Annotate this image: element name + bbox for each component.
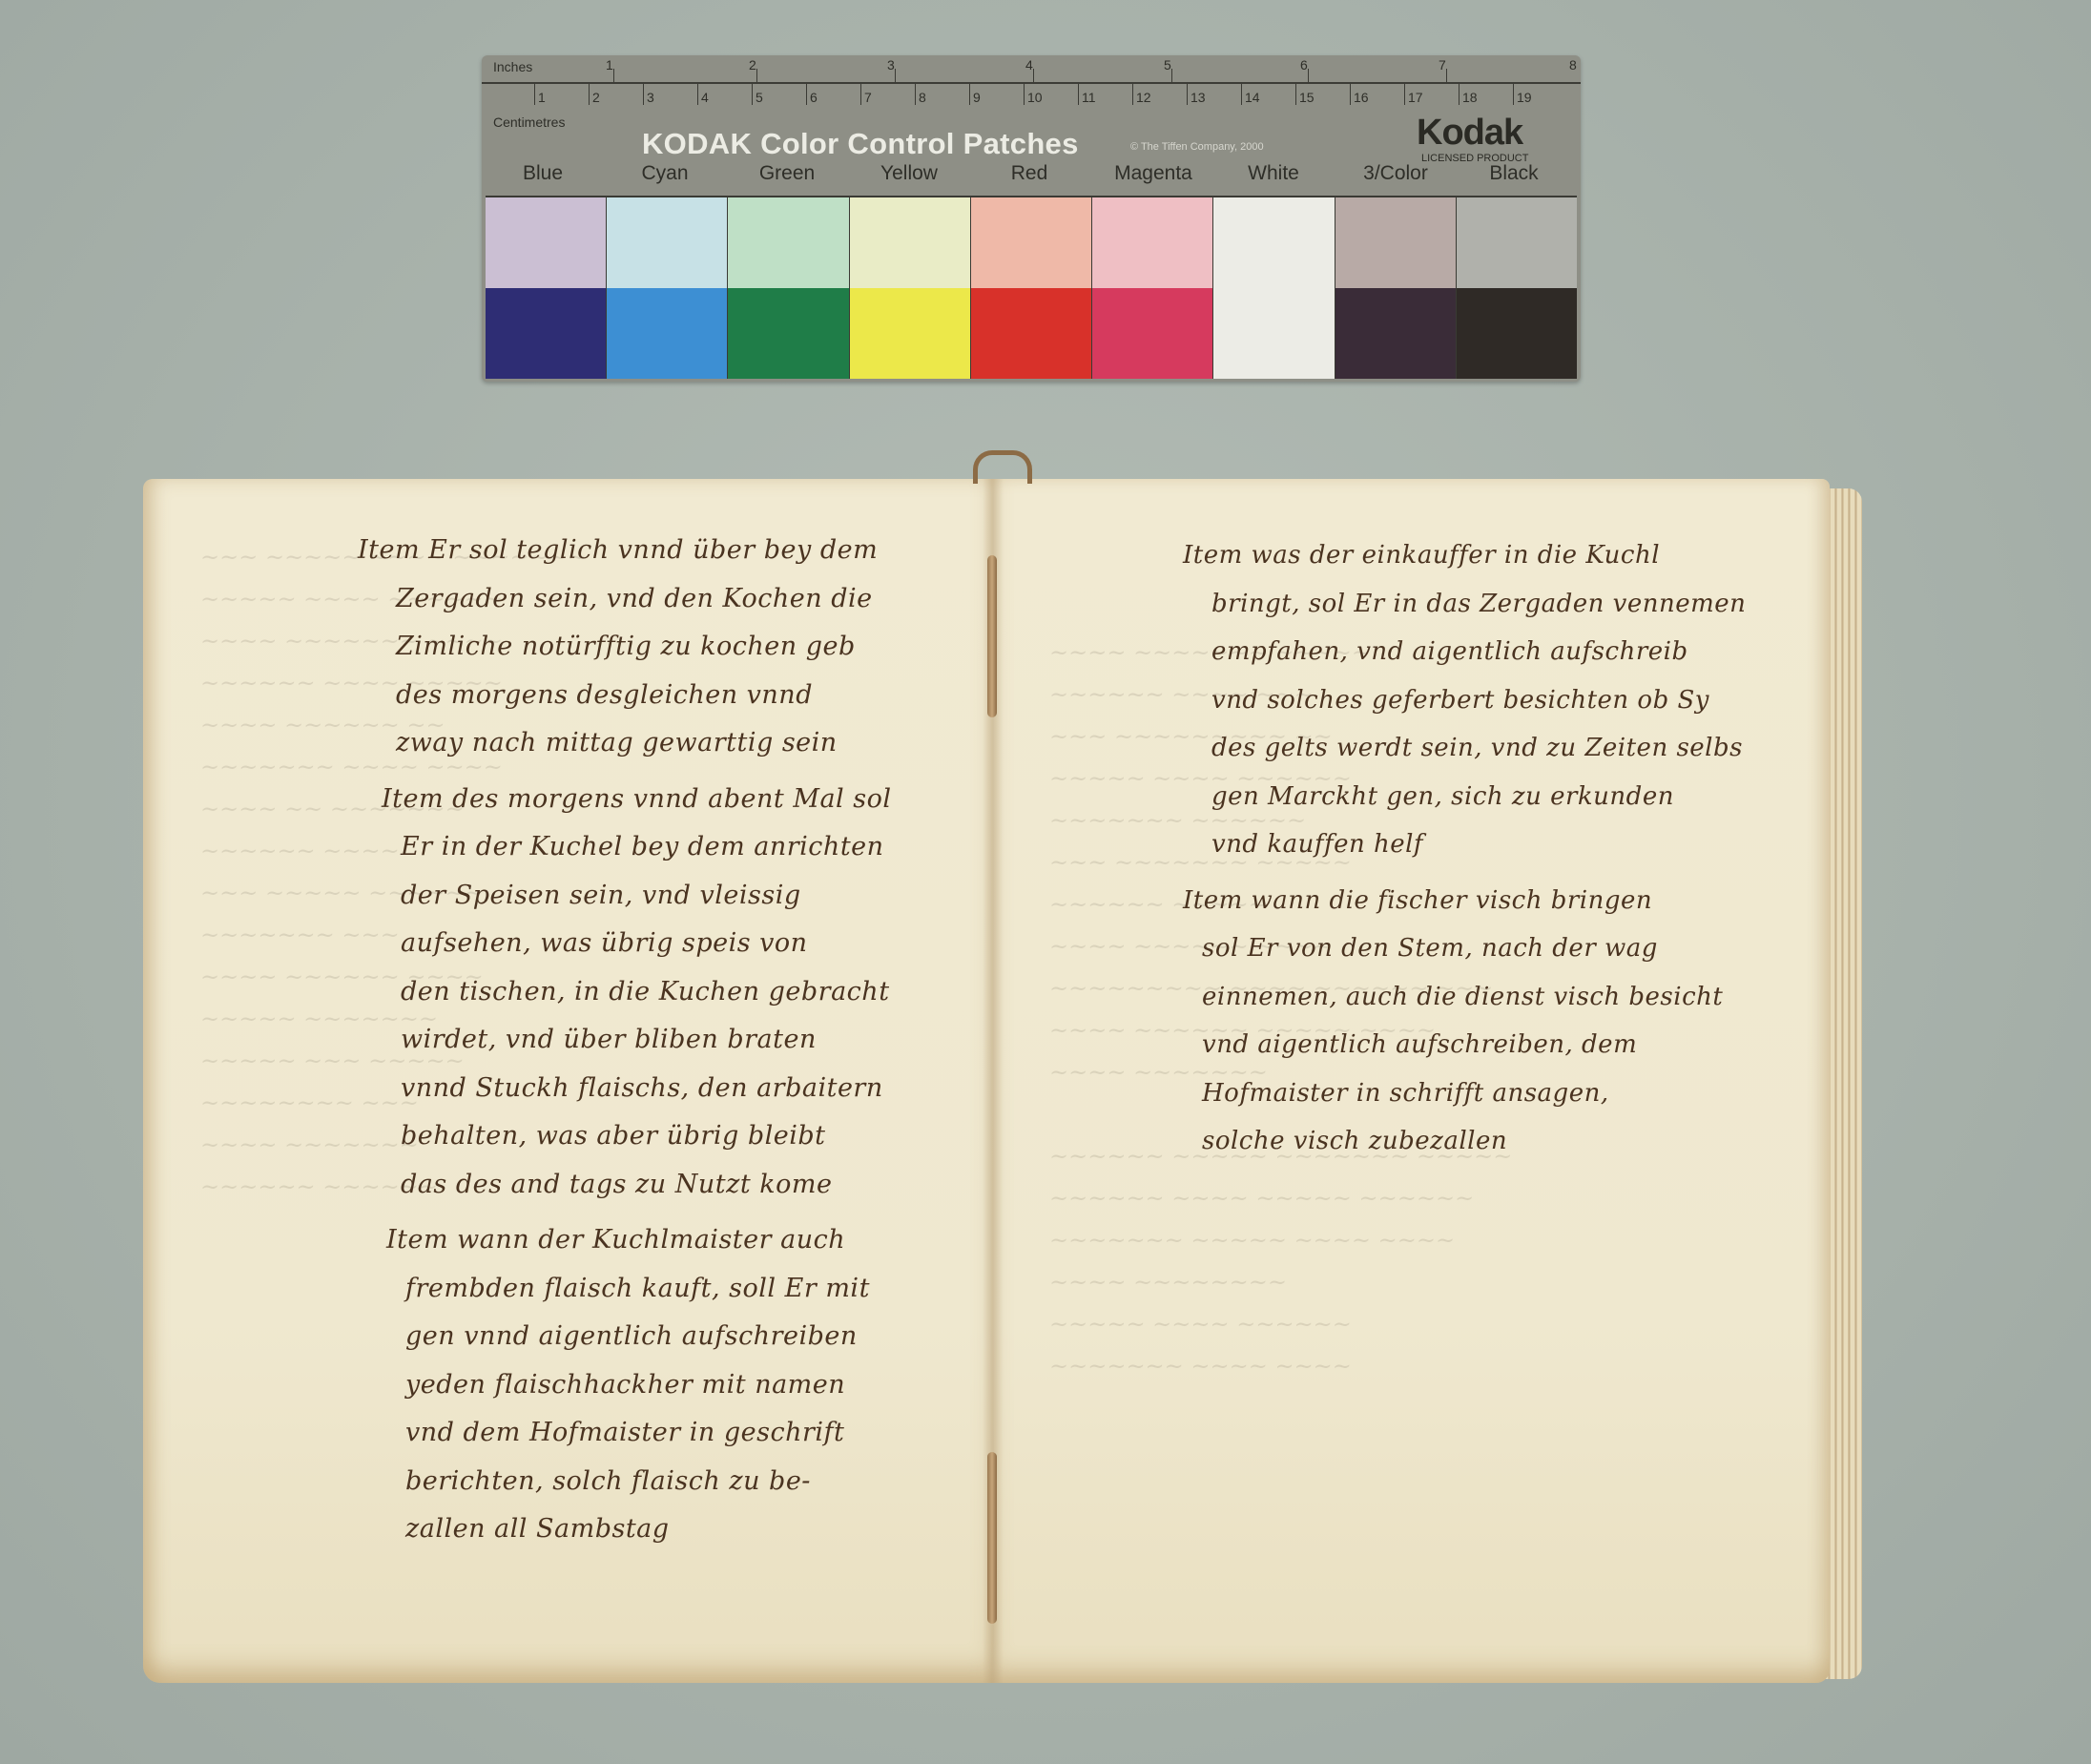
cm-tick: 19 <box>1517 90 1532 105</box>
text-line: sol Er von den Stem, nach der wag <box>1183 924 1746 973</box>
patch-green-dark <box>728 288 848 379</box>
binding-thread-loop <box>973 450 1032 484</box>
patch-green-light <box>728 197 848 288</box>
cm-tick: 11 <box>1082 90 1096 105</box>
text-line: Item wann der Kuchlmaister auch <box>358 1216 892 1265</box>
text-line: gen vnnd aigentlich aufschreiben <box>358 1313 892 1361</box>
cm-tick: 8 <box>919 90 926 105</box>
cm-tick: 1 <box>538 90 546 105</box>
patch-red-dark <box>971 288 1091 379</box>
text-line: des morgens desgleichen vnnd <box>358 672 892 720</box>
inch-tick: 2 <box>749 57 756 73</box>
binding-thread-upper <box>987 555 997 717</box>
patch-label: Green <box>726 162 848 185</box>
patch-label: Blue <box>482 162 604 185</box>
cm-tick: 14 <box>1245 90 1260 105</box>
text-line: vnd kauffen helf <box>1183 820 1746 869</box>
patch-magenta-light <box>1092 197 1212 288</box>
cm-tick: 12 <box>1136 90 1151 105</box>
text-line: vnd aigentlich aufschreiben, dem <box>1183 1021 1746 1069</box>
inch-ruler: Inches 1 2 3 4 5 6 7 8 <box>482 55 1581 84</box>
patch-column-magenta <box>1092 197 1213 379</box>
patch-yellow-light <box>850 197 970 288</box>
patch-cyan-dark <box>607 288 727 379</box>
patch-white <box>1213 197 1334 379</box>
inch-tick: 5 <box>1164 57 1171 73</box>
inch-tick: 7 <box>1439 57 1446 73</box>
paragraph: Item was der einkauffer in die Kuchl bri… <box>1183 531 1746 869</box>
text-line: Item wann die fischer visch bringen <box>1183 877 1746 925</box>
cm-tick: 17 <box>1408 90 1423 105</box>
text-line: des gelts werdt sein, vnd zu Zeiten selb… <box>1183 724 1746 773</box>
text-line: Zimliche notürfftig zu kochen geb <box>358 623 892 672</box>
patch-black-light <box>1457 197 1577 288</box>
target-title: KODAK Color Control Patches <box>642 127 1079 161</box>
cm-tick: 18 <box>1462 90 1478 105</box>
text-line: vnd solches geferbert besichten ob Sy <box>1183 676 1746 725</box>
cm-tick: 6 <box>810 90 818 105</box>
text-line: Hofmaister in schrifft ansagen, <box>1183 1069 1746 1118</box>
text-line: Zergaden sein, vnd den Kochen die <box>358 575 892 624</box>
patch-labels: Blue Cyan Green Yellow Red Magenta White… <box>482 162 1581 191</box>
text-line: Er in der Kuchel bey dem anrichten <box>358 823 892 872</box>
patch-column-white <box>1213 197 1335 379</box>
patch-label: Magenta <box>1092 162 1214 185</box>
binding-thread-lower <box>987 1452 997 1624</box>
left-page-text: Item Er sol teglich vnnd über bey dem Ze… <box>358 527 892 1562</box>
cm-tick: 9 <box>973 90 981 105</box>
cm-tick: 4 <box>701 90 709 105</box>
patch-cyan-light <box>607 197 727 288</box>
inch-ruler-label: Inches <box>493 59 532 74</box>
text-line: der Speisen sein, vnd vleissig <box>358 872 892 921</box>
cm-tick: 7 <box>864 90 872 105</box>
kodak-logo: Kodak <box>1417 113 1522 154</box>
patch-column-cyan <box>607 197 728 379</box>
text-line: zway nach mittag gewarttig sein <box>358 719 892 768</box>
text-line: behalten, was aber übrig bleibt <box>358 1112 892 1161</box>
patch-column-blue <box>486 197 607 379</box>
cm-tick: 10 <box>1027 90 1043 105</box>
text-line: aufsehen, was übrig speis von <box>358 920 892 968</box>
patch-column-black <box>1457 197 1577 379</box>
cm-tick: 16 <box>1354 90 1369 105</box>
paragraph: Item wann die fischer visch bringen sol … <box>1183 877 1746 1166</box>
patch-3color-dark <box>1335 288 1456 379</box>
patch-label: Red <box>968 162 1090 185</box>
cm-tick: 2 <box>592 90 600 105</box>
patch-column-yellow <box>850 197 971 379</box>
page-edges <box>1824 488 1862 1679</box>
inch-tick: 4 <box>1025 57 1033 73</box>
cm-tick: 13 <box>1190 90 1206 105</box>
patch-3color-light <box>1335 197 1456 288</box>
patch-blue-light <box>486 197 606 288</box>
patch-column-green <box>728 197 849 379</box>
kodak-color-target: Inches 1 2 3 4 5 6 7 8 1 2 3 4 5 6 7 8 9… <box>482 55 1581 382</box>
text-line: yeden flaischhackher mit namen <box>358 1361 892 1410</box>
inch-tick: 1 <box>606 57 613 73</box>
patch-blue-dark <box>486 288 606 379</box>
patch-black-dark <box>1457 288 1577 379</box>
text-line: empfahen, vnd aigentlich aufschreib <box>1183 628 1746 676</box>
text-line: frembden flaisch kauft, soll Er mit <box>358 1265 892 1314</box>
text-line: berichten, solch flaisch zu be- <box>358 1458 892 1506</box>
cm-tick: 5 <box>756 90 763 105</box>
text-line: bringt, sol Er in das Zergaden vennemen <box>1183 580 1746 629</box>
text-line: Item des morgens vnnd abent Mal sol <box>358 776 892 824</box>
patch-label: Cyan <box>604 162 726 185</box>
text-line: einnemen, auch die dienst visch besicht <box>1183 973 1746 1022</box>
paragraph: Item Er sol teglich vnnd über bey dem Ze… <box>358 527 892 768</box>
text-line: zallen all Sambstag <box>358 1505 892 1554</box>
right-page-text: Item was der einkauffer in die Kuchl bri… <box>1183 531 1746 1173</box>
patch-label: White <box>1212 162 1335 185</box>
cm-tick: 3 <box>647 90 654 105</box>
paragraph: Item des morgens vnnd abent Mal sol Er i… <box>358 776 892 1210</box>
paragraph: Item wann der Kuchlmaister auch frembden… <box>358 1216 892 1554</box>
text-line: solche visch zubezallen <box>1183 1117 1746 1166</box>
text-line: vnd dem Hofmaister in geschrift <box>358 1409 892 1458</box>
cm-ruler-label: Centimetres <box>493 114 565 130</box>
text-line: Item was der einkauffer in die Kuchl <box>1183 531 1746 580</box>
text-line: gen Marckht gen, sich zu erkunden <box>1183 773 1746 821</box>
inch-tick: 3 <box>887 57 895 73</box>
inch-tick: 6 <box>1300 57 1308 73</box>
color-patch-grid <box>486 196 1577 379</box>
patch-red-light <box>971 197 1091 288</box>
text-line: das des and tags zu Nutzt kome <box>358 1161 892 1210</box>
patch-label: Yellow <box>848 162 970 185</box>
patch-yellow-dark <box>850 288 970 379</box>
patch-magenta-dark <box>1092 288 1212 379</box>
target-copyright: © The Tiffen Company, 2000 <box>1130 141 1264 153</box>
patch-column-red <box>971 197 1092 379</box>
patch-column-3color <box>1335 197 1457 379</box>
text-line: wirdet, vnd über bliben braten <box>358 1016 892 1065</box>
text-line: den tischen, in die Kuchen gebracht <box>358 968 892 1017</box>
text-line: vnnd Stuckh flaischs, den arbaitern <box>358 1065 892 1113</box>
patch-label: Black <box>1453 162 1575 185</box>
open-manuscript-book: ~~~ ~~~~~ ~~~~ ~~~~~~~~~~~~ ~~~~ ~~~~~~~… <box>143 479 1917 1700</box>
inch-tick: 8 <box>1569 57 1577 73</box>
cm-tick: 15 <box>1299 90 1315 105</box>
text-line: Item Er sol teglich vnnd über bey dem <box>358 527 892 575</box>
patch-label: 3/Color <box>1335 162 1457 185</box>
